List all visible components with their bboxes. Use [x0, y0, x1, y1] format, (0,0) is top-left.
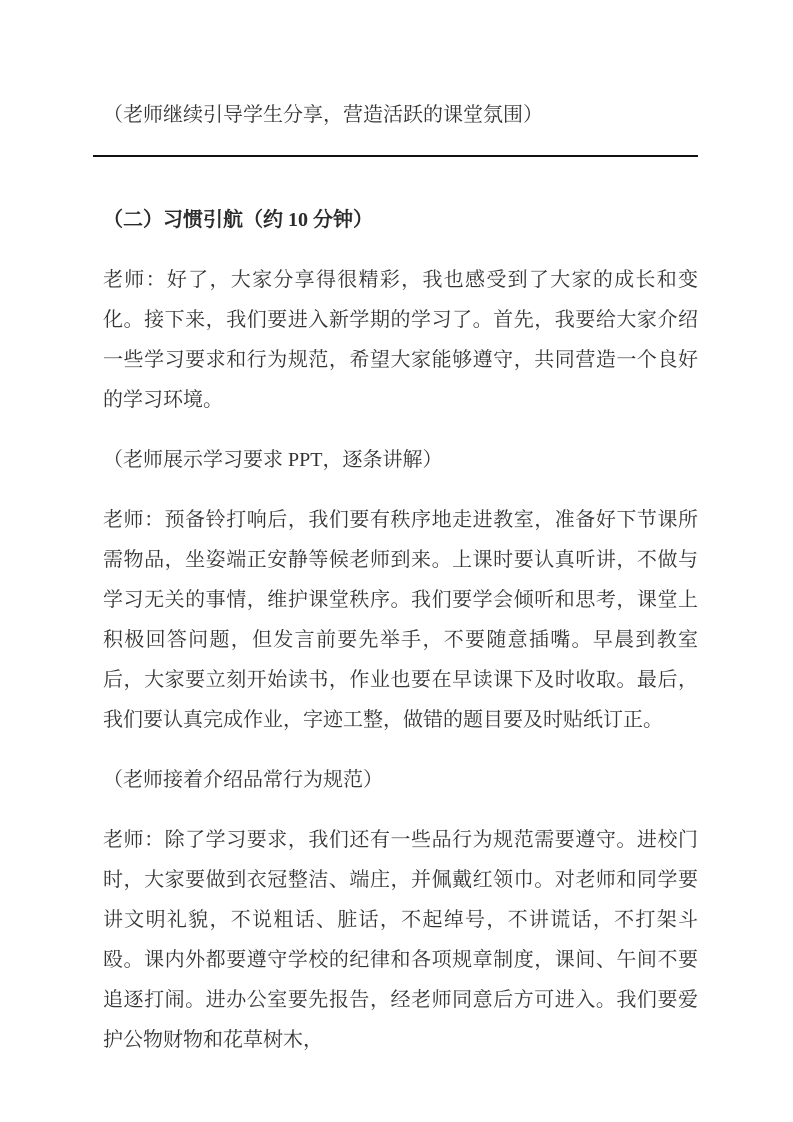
section-heading: （二）习惯引航（约 10 分钟） — [103, 200, 698, 240]
document-page: （老师继续引导学生分享，营造活跃的课堂氛围） （二）习惯引航（约 10 分钟） … — [0, 0, 793, 1122]
teacher-paragraph-study-rules: 老师：预备铃打响后，我们要有秩序地走进教室，准备好下节课所需物品，坐姿端正安静等… — [103, 500, 698, 740]
stage-direction-behavior: （老师接着介绍品常行为规范） — [103, 760, 698, 800]
stage-direction-sharing: （老师继续引导学生分享，营造活跃的课堂氛围） — [103, 95, 698, 135]
teacher-paragraph-intro: 老师：好了，大家分享得很精彩，我也感受到了大家的成长和变化。接下来，我们要进入新… — [103, 260, 698, 420]
stage-direction-ppt: （老师展示学习要求 PPT，逐条讲解） — [103, 440, 698, 480]
section-divider — [93, 155, 698, 157]
teacher-paragraph-behavior-rules: 老师：除了学习要求，我们还有一些品行为规范需要遵守。进校门时，大家要做到衣冠整洁… — [103, 820, 698, 1060]
